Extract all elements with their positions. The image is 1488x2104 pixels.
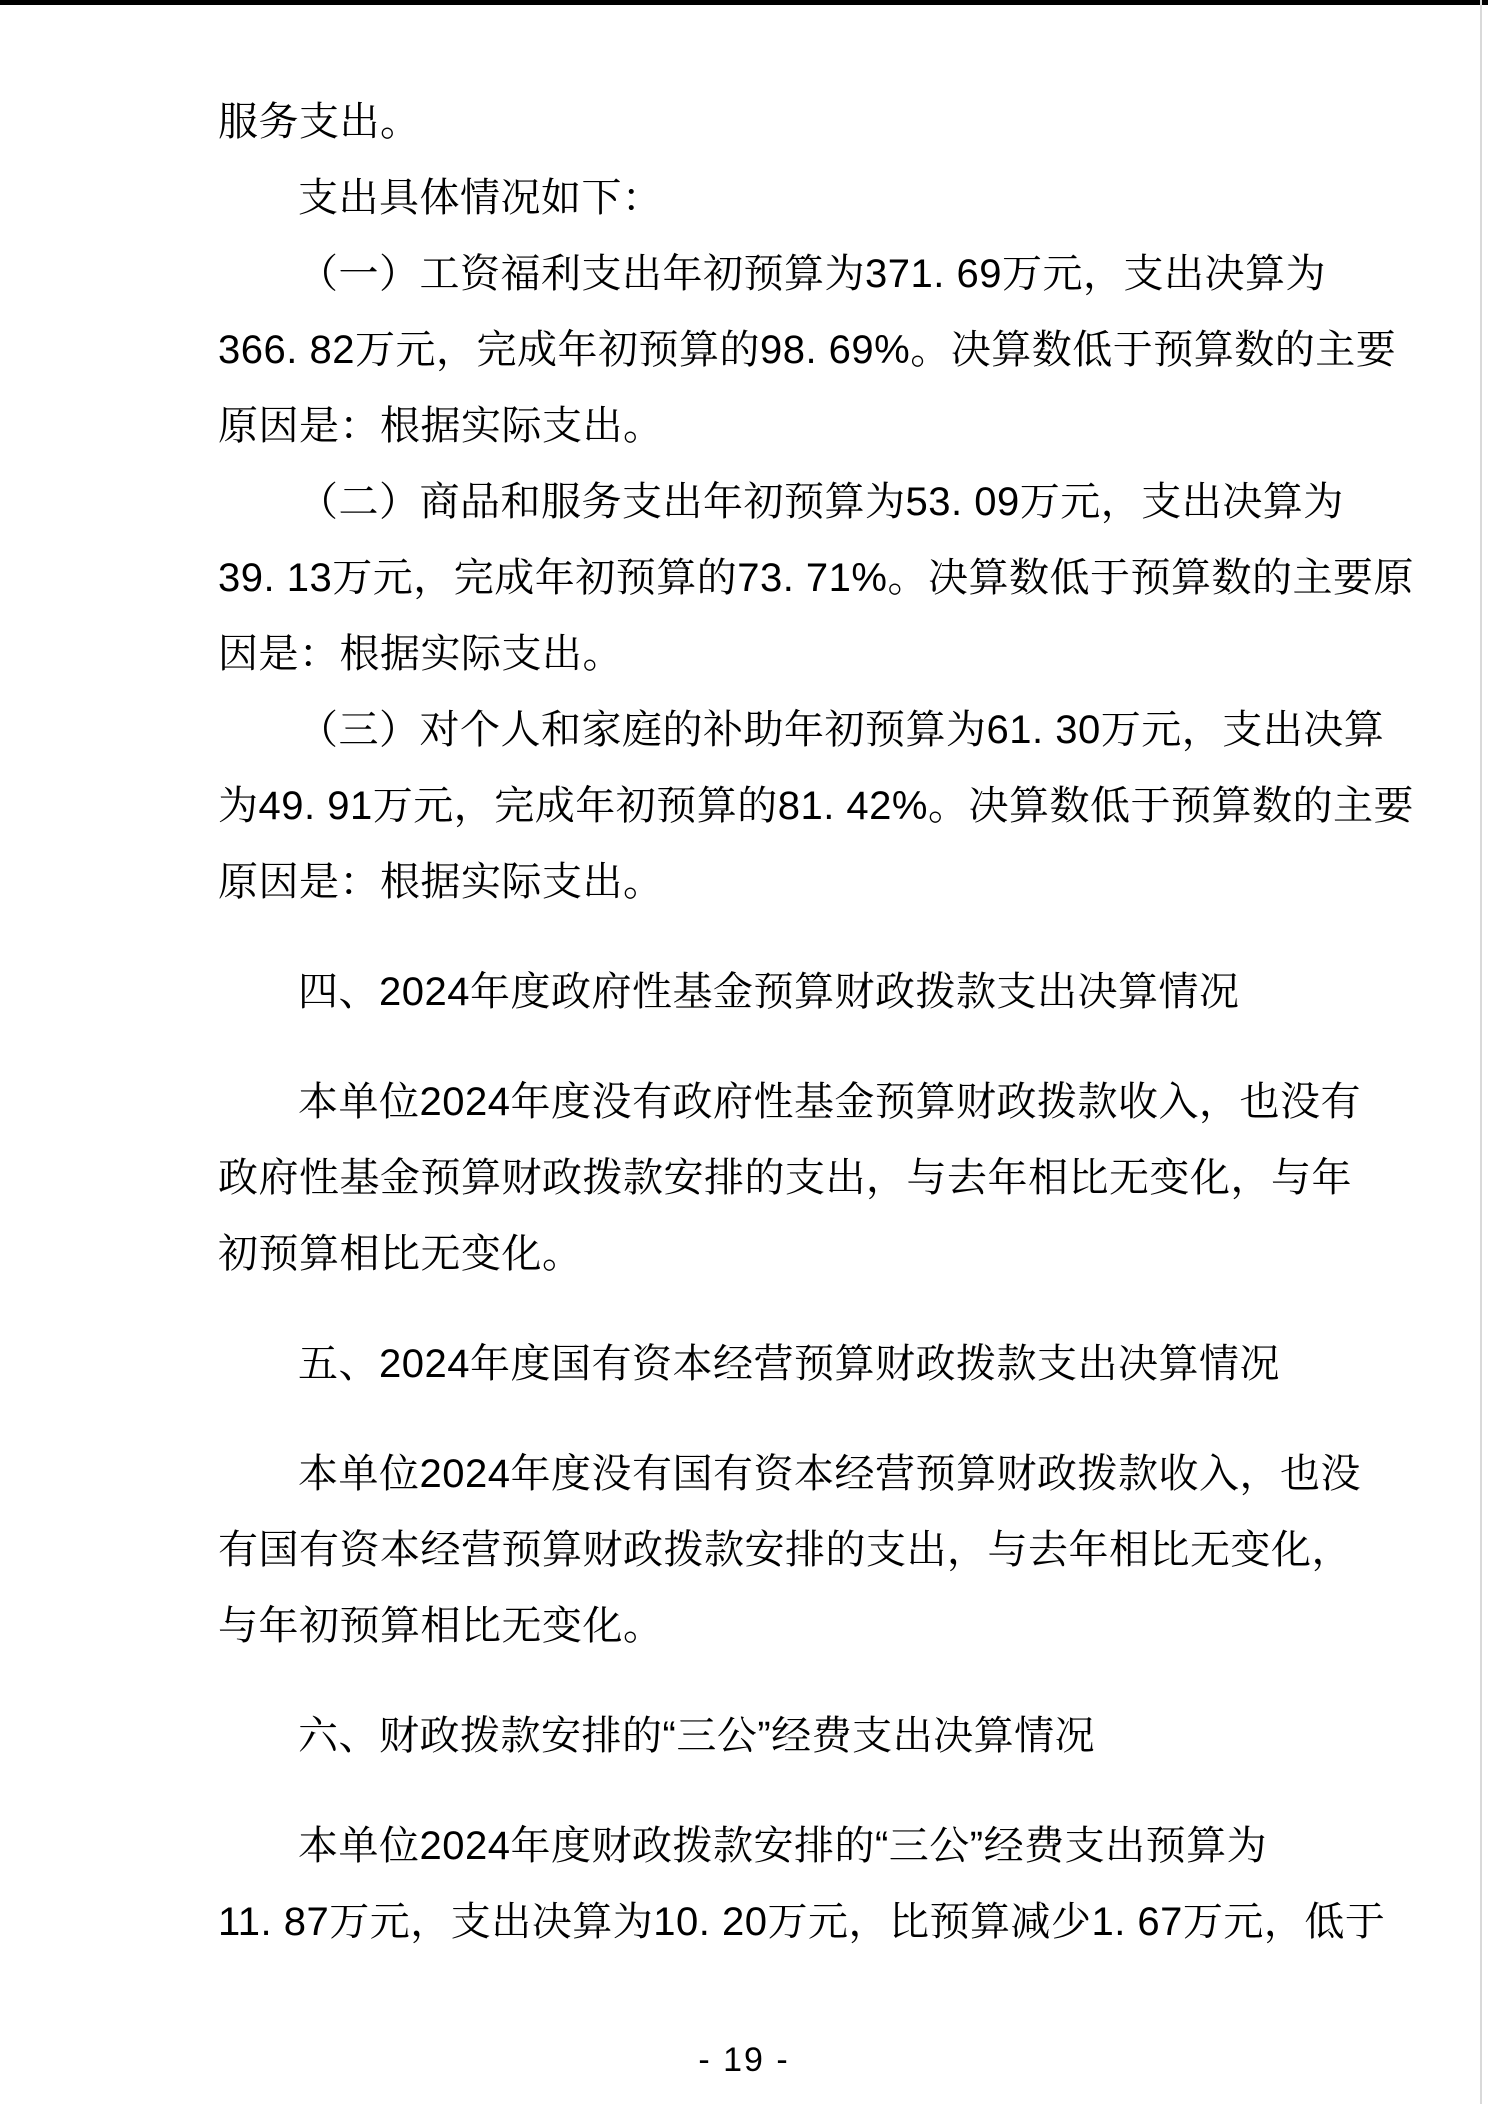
section-heading: 四、2024年度政府性基金预算财政拨款支出决算情况 [218, 954, 1298, 1030]
document-body: 服务支出。支出具体情况如下：（一）工资福利支出年初预算为371. 69万元，支出… [218, 84, 1298, 1960]
text-line: 因是：根据实际支出。 [218, 616, 1298, 692]
text-line: 原因是：根据实际支出。 [218, 844, 1298, 920]
text-line: 本单位2024年度没有政府性基金预算财政拨款收入，也没有 [218, 1064, 1298, 1140]
text-line: 五、2024年度国有资本经营预算财政拨款支出决算情况 [218, 1326, 1298, 1402]
text-line: 有国有资本经营预算财政拨款安排的支出，与去年相比无变化， [218, 1512, 1298, 1588]
paragraph: （一）工资福利支出年初预算为371. 69万元，支出决算为366. 82万元，完… [218, 236, 1298, 464]
text-line: 政府性基金预算财政拨款安排的支出，与去年相比无变化，与年 [218, 1140, 1298, 1216]
paragraph: 本单位2024年度没有国有资本经营预算财政拨款收入，也没有国有资本经营预算财政拨… [218, 1436, 1298, 1664]
text-line: 11. 87万元，支出决算为10. 20万元，比预算减少1. 67万元，低于 [218, 1884, 1298, 1960]
text-line: 与年初预算相比无变化。 [218, 1588, 1298, 1664]
section-heading: 五、2024年度国有资本经营预算财政拨款支出决算情况 [218, 1326, 1298, 1402]
paragraph: 支出具体情况如下： [218, 160, 1298, 236]
text-line: 366. 82万元，完成年初预算的98. 69%。决算数低于预算数的主要 [218, 312, 1298, 388]
text-line: 四、2024年度政府性基金预算财政拨款支出决算情况 [218, 954, 1298, 1030]
text-line: 支出具体情况如下： [218, 160, 1298, 236]
paragraph: 本单位2024年度财政拨款安排的“三公”经费支出预算为11. 87万元，支出决算… [218, 1808, 1298, 1960]
paragraph: 服务支出。 [218, 84, 1298, 160]
paragraph: （三）对个人和家庭的补助年初预算为61. 30万元，支出决算为49. 91万元，… [218, 692, 1298, 920]
scan-right-edge [1480, 0, 1482, 2104]
text-line: 本单位2024年度没有国有资本经营预算财政拨款收入，也没 [218, 1436, 1298, 1512]
document-page: 服务支出。支出具体情况如下：（一）工资福利支出年初预算为371. 69万元，支出… [0, 0, 1488, 2104]
text-line: （二）商品和服务支出年初预算为53. 09万元，支出决算为 [218, 464, 1298, 540]
section-heading: 六、财政拨款安排的“三公”经费支出决算情况 [218, 1698, 1298, 1774]
text-line: 本单位2024年度财政拨款安排的“三公”经费支出预算为 [218, 1808, 1298, 1884]
text-line: 服务支出。 [218, 84, 1298, 160]
text-line: （三）对个人和家庭的补助年初预算为61. 30万元，支出决算 [218, 692, 1298, 768]
scan-top-edge [0, 0, 1488, 5]
text-line: 六、财政拨款安排的“三公”经费支出决算情况 [218, 1698, 1298, 1774]
page-number: - 19 - [0, 2040, 1488, 2080]
text-line: （一）工资福利支出年初预算为371. 69万元，支出决算为 [218, 236, 1298, 312]
text-line: 为49. 91万元，完成年初预算的81. 42%。决算数低于预算数的主要 [218, 768, 1298, 844]
paragraph: 本单位2024年度没有政府性基金预算财政拨款收入，也没有政府性基金预算财政拨款安… [218, 1064, 1298, 1292]
text-line: 初预算相比无变化。 [218, 1216, 1298, 1292]
text-line: 39. 13万元，完成年初预算的73. 71%。决算数低于预算数的主要原 [218, 540, 1298, 616]
paragraph: （二）商品和服务支出年初预算为53. 09万元，支出决算为39. 13万元，完成… [218, 464, 1298, 692]
text-line: 原因是：根据实际支出。 [218, 388, 1298, 464]
